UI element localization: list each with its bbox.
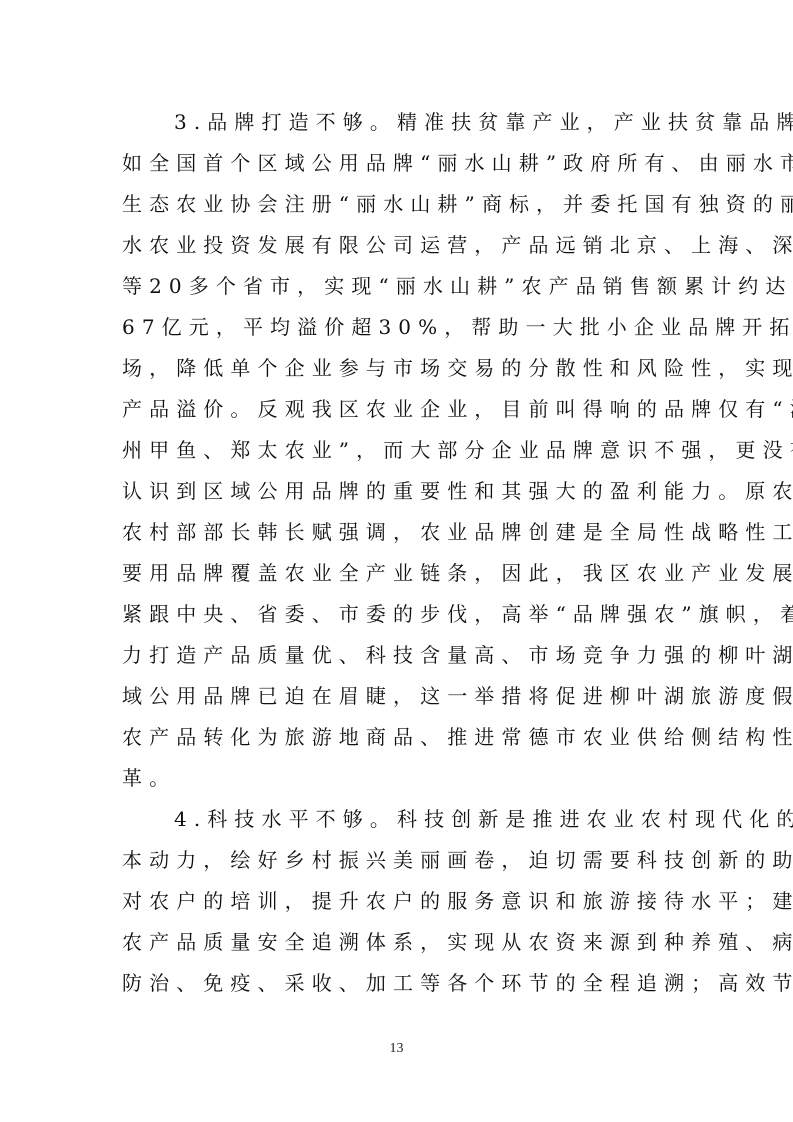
page-body: 3.品牌打造不够。精准扶贫靠产业，产业扶贫靠品牌。 如全国首个区域公用品牌“丽水… bbox=[122, 102, 682, 1004]
text-line: 革。 bbox=[122, 758, 682, 799]
text-line: 生态农业协会注册“丽水山耕”商标，并委托国有独资的丽 bbox=[122, 184, 682, 225]
text-line: 等20多个省市，实现“丽水山耕”农产品销售额累计约达 bbox=[122, 266, 682, 307]
text-line: 防治、免疫、采收、加工等各个环节的全程追溯；高效节水 bbox=[122, 963, 682, 1004]
text-line: 产品溢价。反观我区农业企业，目前叫得响的品牌仅有“河 bbox=[122, 389, 682, 430]
text-line: 农产品质量安全追溯体系，实现从农资来源到种养殖、病虫 bbox=[122, 922, 682, 963]
document-page: 3.品牌打造不够。精准扶贫靠产业，产业扶贫靠品牌。 如全国首个区域公用品牌“丽水… bbox=[0, 0, 793, 1122]
text-line: 67亿元，平均溢价超30%，帮助一大批小企业品牌开拓了市 bbox=[122, 307, 682, 348]
text-line: 要用品牌覆盖农业全产业链条，因此，我区农业产业发展需 bbox=[122, 553, 682, 594]
text-line: 场，降低单个企业参与市场交易的分散性和风险性，实现农 bbox=[122, 348, 682, 389]
text-line: 对农户的培训，提升农户的服务意识和旅游接待水平；建立 bbox=[122, 881, 682, 922]
text-line: 农产品转化为旅游地商品、推进常德市农业供给侧结构性改 bbox=[122, 717, 682, 758]
text-line: 水农业投资发展有限公司运营，产品远销北京、上海、深圳 bbox=[122, 225, 682, 266]
text-line: 力打造产品质量优、科技含量高、市场竞争力强的柳叶湖区 bbox=[122, 635, 682, 676]
text-line: 3.品牌打造不够。精准扶贫靠产业，产业扶贫靠品牌。 bbox=[122, 102, 682, 143]
paragraph-technology-level: 4.科技水平不够。科技创新是推进农业农村现代化的根 本动力，绘好乡村振兴美丽画卷… bbox=[122, 799, 682, 1004]
text-line: 紧跟中央、省委、市委的步伐，高举“品牌强农”旗帜，着 bbox=[122, 594, 682, 635]
paragraph-brand-building: 3.品牌打造不够。精准扶贫靠产业，产业扶贫靠品牌。 如全国首个区域公用品牌“丽水… bbox=[122, 102, 682, 799]
text-line: 本动力，绘好乡村振兴美丽画卷，迫切需要科技创新的助力。 bbox=[122, 840, 682, 881]
page-number: 13 bbox=[0, 1041, 793, 1057]
text-line: 州甲鱼、郑太农业”，而大部分企业品牌意识不强，更没有 bbox=[122, 430, 682, 471]
text-line: 4.科技水平不够。科技创新是推进农业农村现代化的根 bbox=[122, 799, 682, 840]
text-line: 农村部部长韩长赋强调，农业品牌创建是全局性战略性工作， bbox=[122, 512, 682, 553]
text-line: 域公用品牌已迫在眉睫，这一举措将促进柳叶湖旅游度假区 bbox=[122, 676, 682, 717]
text-line: 认识到区域公用品牌的重要性和其强大的盈利能力。原农业 bbox=[122, 471, 682, 512]
text-line: 如全国首个区域公用品牌“丽水山耕”政府所有、由丽水市 bbox=[122, 143, 682, 184]
